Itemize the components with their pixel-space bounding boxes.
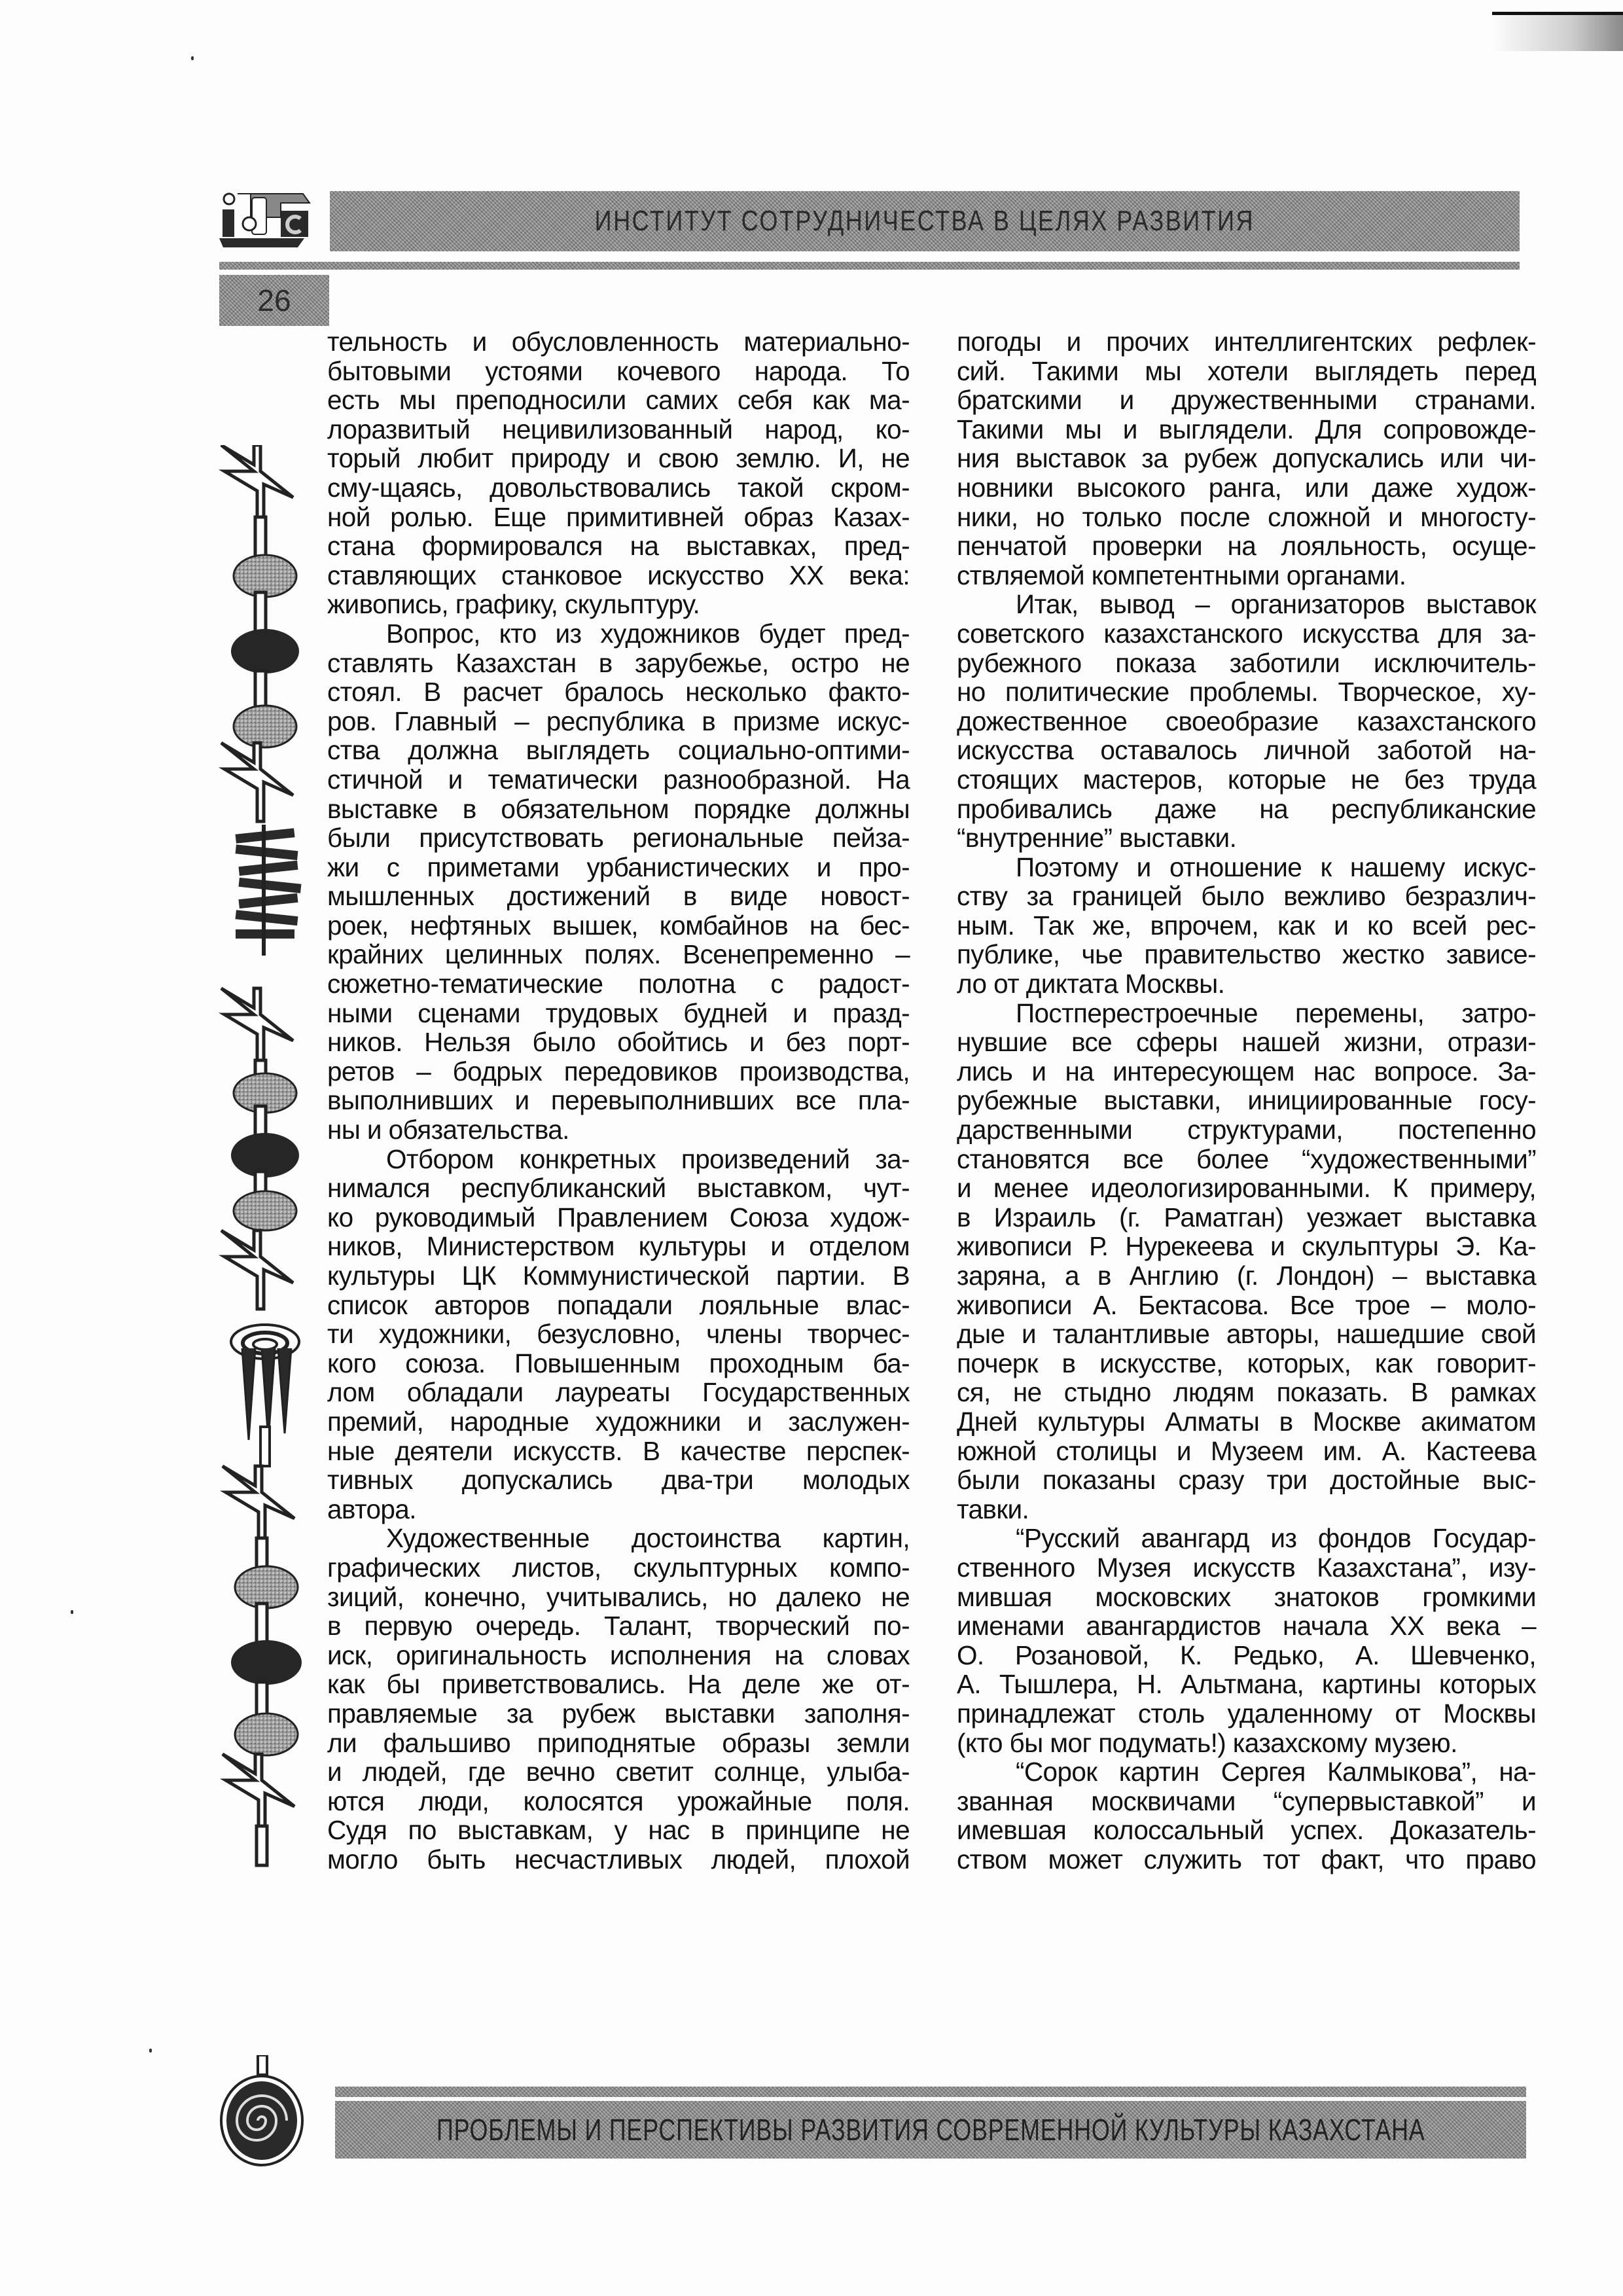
disc-black-icon — [231, 1640, 302, 1685]
text-line: Такими мы и выглядели. Для сопровожде- — [957, 415, 1536, 444]
text-line: но политические проблемы. Творческое, ху… — [957, 677, 1536, 707]
text-line: ретов – бодрых передовиков производства, — [327, 1057, 910, 1086]
lightning-icon — [221, 988, 293, 1067]
paragraph: Вопрос, кто из художников будет пред- ст… — [327, 619, 910, 1145]
text-line: в первую очередь. Талант, творческий по- — [327, 1611, 910, 1641]
text-line: могло быть несчастливых людей, плохой — [327, 1845, 910, 1874]
text-line: живопись, графику, скульптуру. — [327, 590, 910, 619]
header-title: ИНСТИТУТ СОТРУДНИЧЕСТВА В ЦЕЛЯХ РАЗВИТИЯ — [595, 205, 1255, 238]
page-number-label: 26 — [257, 283, 291, 318]
text-line: ники, но только после сложной и многосту… — [957, 503, 1536, 532]
text-line: ников. Нельзя было обойтись и без порт- — [327, 1028, 910, 1057]
text-line: ло от диктата Москвы. — [957, 969, 1536, 999]
paragraph: Поэтому и отношение к нашему искус- ству… — [957, 853, 1536, 999]
text-line: лись и на интересующем нас вопросе. За- — [957, 1057, 1536, 1086]
paragraph: тельность и обусловленность материально-… — [327, 327, 910, 619]
text-line: заряна, а в Англию (г. Лондон) – выставк… — [957, 1261, 1536, 1291]
text-line: были присутствовать региональные пейза- — [327, 823, 910, 853]
text-line: “Русский авангард из фондов Государ- — [957, 1524, 1536, 1553]
text-line: ным. Так же, впрочем, как и ко всей рес- — [957, 911, 1536, 941]
text-line: советского казахстанского искусства для … — [957, 619, 1536, 649]
text-line: жи с приметами урбанистических и про- — [327, 853, 910, 882]
text-line: стана формировался на выставках, пред- — [327, 531, 910, 561]
text-line: рубежные выставки, инициированные госу- — [957, 1086, 1536, 1115]
text-line: зиций, конечно, учитывались, но далеко н… — [327, 1583, 910, 1612]
text-line: ров. Главный – республика в призме искус… — [327, 707, 910, 736]
page-number: 26 — [219, 275, 329, 326]
text-line: тавки. — [957, 1495, 1536, 1524]
footer-divider — [335, 2087, 1526, 2097]
idc-logo-icon — [219, 191, 311, 249]
text-line: ством может служить тот факт, что право — [957, 1845, 1536, 1874]
text-line: иск, оригинальность исполнения на словах — [327, 1641, 910, 1670]
text-line: выполнивших и перевыполнивших все пла- — [327, 1086, 910, 1115]
text-line: ются люди, колосятся урожайные поля. — [327, 1787, 910, 1816]
text-line: ставлять Казахстан в зарубежье, остро не — [327, 649, 910, 678]
text-line: братскими и дружественными странами. — [957, 386, 1536, 415]
text-line: и менее идеологизированными. К примеру, — [957, 1174, 1536, 1203]
text-line: “внутренние” выставки. — [957, 823, 1536, 853]
text-line: стоящих мастеров, которые не без труда — [957, 765, 1536, 795]
text-line: стоял. В расчет бралось несколько факто- — [327, 677, 910, 707]
disc-black-icon — [231, 629, 299, 673]
text-line: ставляющих станковое искусство XX века: — [327, 561, 910, 590]
text-line: нувшие все сферы нашей жизни, отрази- — [957, 1028, 1536, 1057]
text-line: мившая московских знатоков громкими — [957, 1583, 1536, 1612]
text-line: ния выставок за рубеж допускались или чи… — [957, 444, 1536, 473]
scan-speck — [149, 2049, 152, 2053]
scan-edge-shadow — [1492, 12, 1623, 51]
paragraph: Отбором конкретных произведений за- нима… — [327, 1145, 910, 1524]
paragraph: Постперестроечные перемены, затро- нувши… — [957, 999, 1536, 1524]
text-line: лоразвитый нецивилизованный народ, ко- — [327, 415, 910, 444]
text-line: “Сорок картин Сергея Калмыкова”, на- — [957, 1757, 1536, 1787]
text-line: живописи А. Бектасова. Все трое – моло- — [957, 1291, 1536, 1320]
text-line: южной столицы и Музеем им. А. Кастеева — [957, 1437, 1536, 1466]
text-line: есть мы преподносили самих себя как ма- — [327, 386, 910, 415]
text-line: бытовыми устоями кочевого народа. То — [327, 357, 910, 386]
scan-speck — [191, 56, 194, 60]
text-column-right: погоды и прочих интеллигентских рефлек- … — [957, 327, 1536, 1874]
paragraph: “Русский авангард из фондов Государ- ств… — [957, 1524, 1536, 1757]
text-line: дожественное своеобразие казахстанского — [957, 707, 1536, 736]
text-line: О. Розановой, К. Редько, А. Шевченко, — [957, 1641, 1536, 1670]
text-line: торый любит природу и свою землю. И, не — [327, 444, 910, 473]
decorative-ornament-strip — [209, 445, 314, 2147]
paragraph: Итак, вывод – организаторов выставок сов… — [957, 590, 1536, 852]
text-line: почерк в искусстве, которых, как говорит… — [957, 1349, 1536, 1378]
text-line: культуры ЦК Коммунистической партии. В — [327, 1261, 910, 1291]
text-line: ли фальшиво приподнятые образы земли — [327, 1729, 910, 1758]
text-line: ти художники, безусловно, члены творчес- — [327, 1319, 910, 1349]
text-line: рубежного показа заботили исключитель- — [957, 649, 1536, 678]
text-line: сму-щаясь, довольствовались такой скром- — [327, 473, 910, 503]
text-line: Поэтому и отношение к нашему искус- — [957, 853, 1536, 882]
text-line: автора. — [327, 1495, 910, 1524]
text-line: роек, нефтяных вышек, комбайнов на бес- — [327, 911, 910, 941]
header-banner: ИНСТИТУТ СОТРУДНИЧЕСТВА В ЦЕЛЯХ РАЗВИТИЯ — [330, 191, 1520, 251]
text-line: крайних целинных полях. Всенепременно – — [327, 940, 910, 969]
text-line: лом обладали лауреаты Государственных — [327, 1378, 910, 1407]
paragraph: “Сорок картин Сергея Калмыкова”, на- зва… — [957, 1757, 1536, 1874]
text-line: Дней культуры Алматы в Москве акиматом — [957, 1407, 1536, 1437]
text-line: Отбором конкретных произведений за- — [327, 1145, 910, 1174]
footer-title: ПРОБЛЕМЫ И ПЕРСПЕКТИВЫ РАЗВИТИЯ СОВРЕМЕН… — [437, 2112, 1425, 2147]
text-line: мышленных достижений в виде новост- — [327, 882, 910, 911]
text-line: А. Тышлера, Н. Альтмана, картины которых — [957, 1670, 1536, 1699]
text-line: сий. Такими мы хотели выглядеть перед — [957, 357, 1536, 386]
text-line: тельность и обусловленность материально- — [327, 327, 910, 357]
text-line: графических листов, скульптурных компо- — [327, 1553, 910, 1583]
text-line: пробивались даже на республиканские — [957, 795, 1536, 824]
lightning-icon — [223, 1754, 294, 1833]
text-line: ся, не стыдно людям показать. В рамках — [957, 1378, 1536, 1407]
text-line: ные деятели искусств. В качестве перспек… — [327, 1437, 910, 1466]
text-line: ко руководимый Правлением Союза худож- — [327, 1203, 910, 1232]
stripes-icon — [236, 825, 302, 956]
text-line: Вопрос, кто из художников будет пред- — [327, 619, 910, 649]
text-line: ными сценами трудовых будней и празд- — [327, 999, 910, 1028]
disc-gray-icon — [234, 706, 296, 747]
lightning-icon — [221, 743, 293, 821]
text-line: Итак, вывод – организаторов выставок — [957, 590, 1536, 619]
disc-gray-icon — [234, 1191, 296, 1230]
text-line: ствляемой компетентными органами. — [957, 561, 1536, 590]
text-line: искусства оставалось личной заботой на- — [957, 736, 1536, 765]
text-line: и людей, где вечно светит солнце, улыба- — [327, 1757, 910, 1787]
text-line: выставке в обязательном порядке должны — [327, 795, 910, 824]
text-line: как бы приветствовались. На деле же от- — [327, 1670, 910, 1699]
text-line: погоды и прочих интеллигентских рефлек- — [957, 327, 1536, 357]
text-line: нимался республиканский выставком, чут- — [327, 1174, 910, 1203]
lightning-icon — [221, 445, 293, 524]
text-line: ственного Музея искусств Казахстана”, из… — [957, 1553, 1536, 1583]
text-line: ству за границей было вежливо безразлич- — [957, 882, 1536, 911]
lightning-icon — [221, 1230, 293, 1309]
spiral-icon — [215, 2055, 313, 2173]
text-line: список авторов попадали лояльные влас- — [327, 1291, 910, 1320]
text-line: принадлежат столь удаленному от Москвы — [957, 1699, 1536, 1729]
text-line: дые и талантливые авторы, нашедшие свой — [957, 1319, 1536, 1349]
text-line: сюжетно-тематические полотна с радост- — [327, 969, 910, 999]
text-line: званная москвичами “супервыставкой” и — [957, 1787, 1536, 1816]
disc-gray-icon — [235, 1713, 298, 1755]
text-line: были показаны сразу три достойные выс- — [957, 1465, 1536, 1495]
disc-gray-icon — [235, 1566, 298, 1608]
disc-gray-icon — [234, 555, 296, 597]
text-line: тивных допускались два-три молодых — [327, 1465, 910, 1495]
paragraph: Художественные достоинства картин, графи… — [327, 1524, 910, 1874]
text-line: стичной и тематически разнообразной. На — [327, 765, 910, 795]
text-line: премий, народные художники и заслужен- — [327, 1407, 910, 1437]
text-line: (кто бы мог подумать!) казахскому музею. — [957, 1729, 1536, 1758]
text-line: Художественные достоинства картин, — [327, 1524, 910, 1553]
text-line: новники высокого ранга, или даже худож- — [957, 473, 1536, 503]
text-line: ства должна выглядеть социально-оптими- — [327, 736, 910, 765]
text-line: дарственными структурами, постепенно — [957, 1115, 1536, 1145]
text-line: становятся все более “художественными” — [957, 1145, 1536, 1174]
text-line: Постперестроечные перемены, затро- — [957, 999, 1536, 1028]
text-line: Судя по выставкам, у нас в принципе не — [327, 1816, 910, 1845]
footer-banner: ПРОБЛЕМЫ И ПЕРСПЕКТИВЫ РАЗВИТИЯ СОВРЕМЕН… — [335, 2101, 1526, 2159]
lightning-icon — [223, 1466, 294, 1545]
text-line: ны и обязательства. — [327, 1115, 910, 1145]
text-line: именами авангардистов начала XX века – — [957, 1611, 1536, 1641]
tassel-icon — [231, 1325, 299, 1466]
scan-speck — [71, 1610, 73, 1614]
text-line: ников, Министерством культуры и отделом — [327, 1232, 910, 1261]
text-line: имевшая колоссальный успех. Доказатель- — [957, 1816, 1536, 1845]
text-line: кого союза. Повышенным проходным ба- — [327, 1349, 910, 1378]
paragraph: погоды и прочих интеллигентских рефлек- … — [957, 327, 1536, 590]
text-line: правляемые за рубеж выставки заполня- — [327, 1699, 910, 1729]
text-line: живописи Р. Нурекеева и скульптуры Э. Ка… — [957, 1232, 1536, 1261]
text-line: в Израиль (г. Раматган) уезжает выставка — [957, 1203, 1536, 1232]
text-line: ной ролью. Еще примитивней образ Казах- — [327, 503, 910, 532]
text-column-left: тельность и обусловленность материально-… — [327, 327, 910, 1874]
text-line: пенчатой проверки на лояльность, осуще- — [957, 531, 1536, 561]
text-line: публике, чье правительство жестко зависе… — [957, 940, 1536, 969]
header-divider — [219, 262, 1520, 270]
